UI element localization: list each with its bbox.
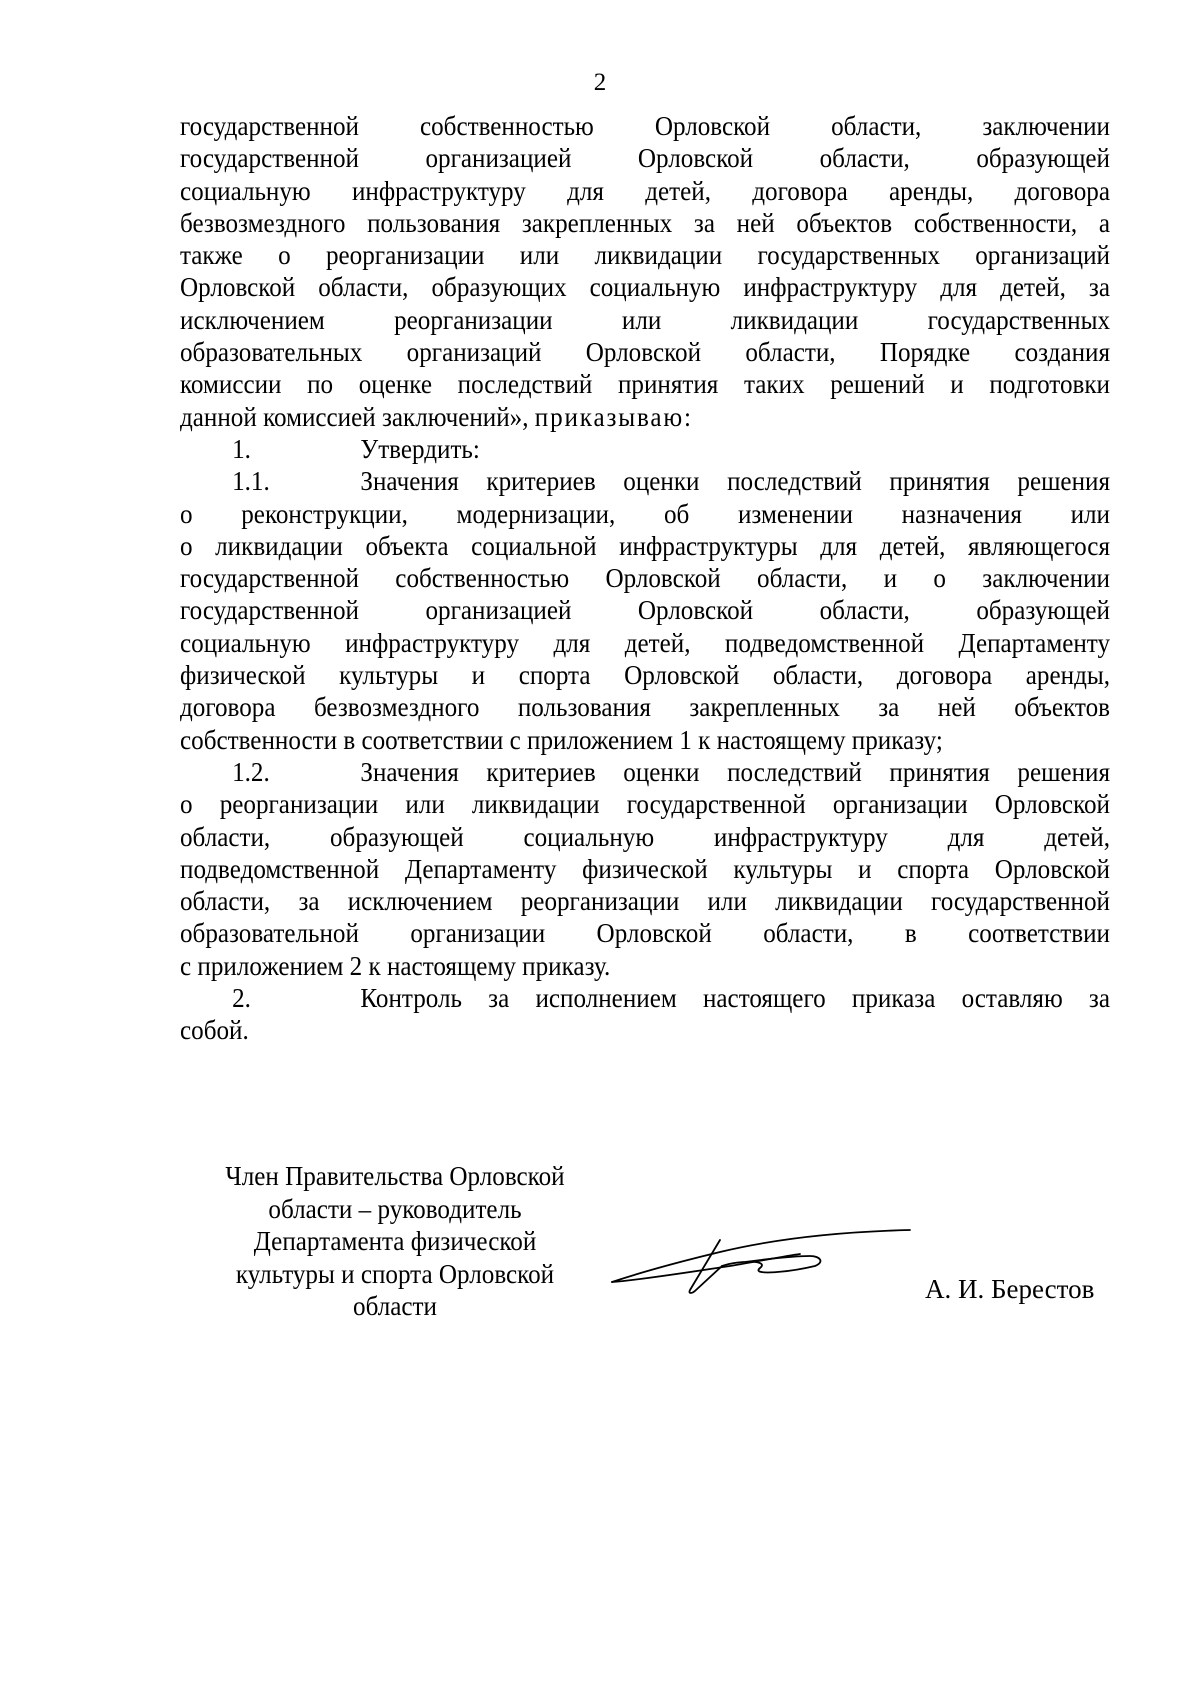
text-line: исключением реорганизации или ликвидации…: [180, 304, 1110, 336]
paragraph-preamble: государственной собственностью Орловской…: [180, 110, 1110, 433]
text-line: образовательных организаций Орловской об…: [180, 336, 1110, 368]
text-line: о реорганизации или ликвидации государст…: [180, 788, 1110, 820]
text-line: 1.Утвердить:: [180, 433, 1110, 465]
page-number: 2: [0, 68, 1200, 98]
position-line: Департамента физической: [195, 1225, 595, 1258]
preamble-closing-text: данной комиссией заключений»,: [180, 402, 535, 432]
item-number: 1.: [180, 433, 360, 465]
item-number: 2.: [180, 982, 360, 1014]
handwritten-signature-icon: [610, 1220, 930, 1300]
position-line: области – руководитель: [195, 1193, 595, 1226]
text-line: собственности в соответствии с приложени…: [180, 724, 1110, 756]
position-line: Член Правительства Орловской: [195, 1160, 595, 1193]
text-line: о реконструкции, модернизации, об измене…: [180, 498, 1110, 530]
position-line: культуры и спорта Орловской: [195, 1258, 595, 1291]
signer-name: А. И. Берестов: [925, 1273, 1094, 1305]
item-number: 1.1.: [180, 465, 360, 497]
order-verb: приказываю:: [535, 402, 693, 432]
text-line: государственной организацией Орловской о…: [180, 142, 1110, 174]
signatory-position-lines: Член Правительства Орловской области – р…: [195, 1160, 595, 1323]
position-line: области: [195, 1290, 595, 1323]
text-line: комиссии по оценке последствий принятия …: [180, 368, 1110, 400]
item-text: Значения критериев оценки последствий пр…: [360, 466, 1110, 496]
text-line: государственной организацией Орловской о…: [180, 594, 1110, 626]
paragraph-item-1-2: 1.2.Значения критериев оценки последстви…: [180, 756, 1110, 982]
text-line: собой.: [180, 1014, 1110, 1046]
text-line: с приложением 2 к настоящему приказу.: [180, 950, 1110, 982]
signatory-position: Член Правительства Орловской области – р…: [180, 1160, 610, 1323]
text-line: 2.Контроль за исполнением настоящего при…: [180, 982, 1110, 1014]
text-line: безвозмездного пользования закрепленных …: [180, 207, 1110, 239]
text-line: 1.1.Значения критериев оценки последстви…: [180, 465, 1110, 497]
text-line: области, за исключением реорганизации ил…: [180, 885, 1110, 917]
text-line: государственной собственностью Орловской…: [180, 562, 1110, 594]
text-line: 1.2.Значения критериев оценки последстви…: [180, 756, 1110, 788]
text-line: Орловской области, образующих социальную…: [180, 271, 1110, 303]
text-line: области, образующей социальную инфрастру…: [180, 821, 1110, 853]
item-text: Утвердить:: [360, 434, 479, 464]
text-line: о ликвидации объекта социальной инфрастр…: [180, 530, 1110, 562]
paragraph-item-1: 1.Утвердить:: [180, 433, 1110, 465]
item-number: 1.2.: [180, 756, 360, 788]
text-line: социальную инфраструктуру для детей, дог…: [180, 175, 1110, 207]
item-text: Значения критериев оценки последствий пр…: [360, 757, 1110, 787]
text-line: государственной собственностью Орловской…: [180, 110, 1110, 142]
text-line: физической культуры и спорта Орловской о…: [180, 659, 1110, 691]
paragraph-item-1-1: 1.1.Значения критериев оценки последстви…: [180, 465, 1110, 756]
text-line: образовательной организации Орловской об…: [180, 917, 1110, 949]
paragraph-item-2: 2.Контроль за исполнением настоящего при…: [180, 982, 1110, 1047]
text-line: также о реорганизации или ликвидации гос…: [180, 239, 1110, 271]
text-line: социальную инфраструктуру для детей, под…: [180, 627, 1110, 659]
text-line: данной комиссией заключений», приказываю…: [180, 401, 1110, 433]
document-body: государственной собственностью Орловской…: [180, 110, 1110, 1047]
item-text: Контроль за исполнением настоящего прика…: [360, 983, 1110, 1013]
text-line: подведомственной Департаменту физической…: [180, 853, 1110, 885]
text-line: договора безвозмездного пользования закр…: [180, 691, 1110, 723]
